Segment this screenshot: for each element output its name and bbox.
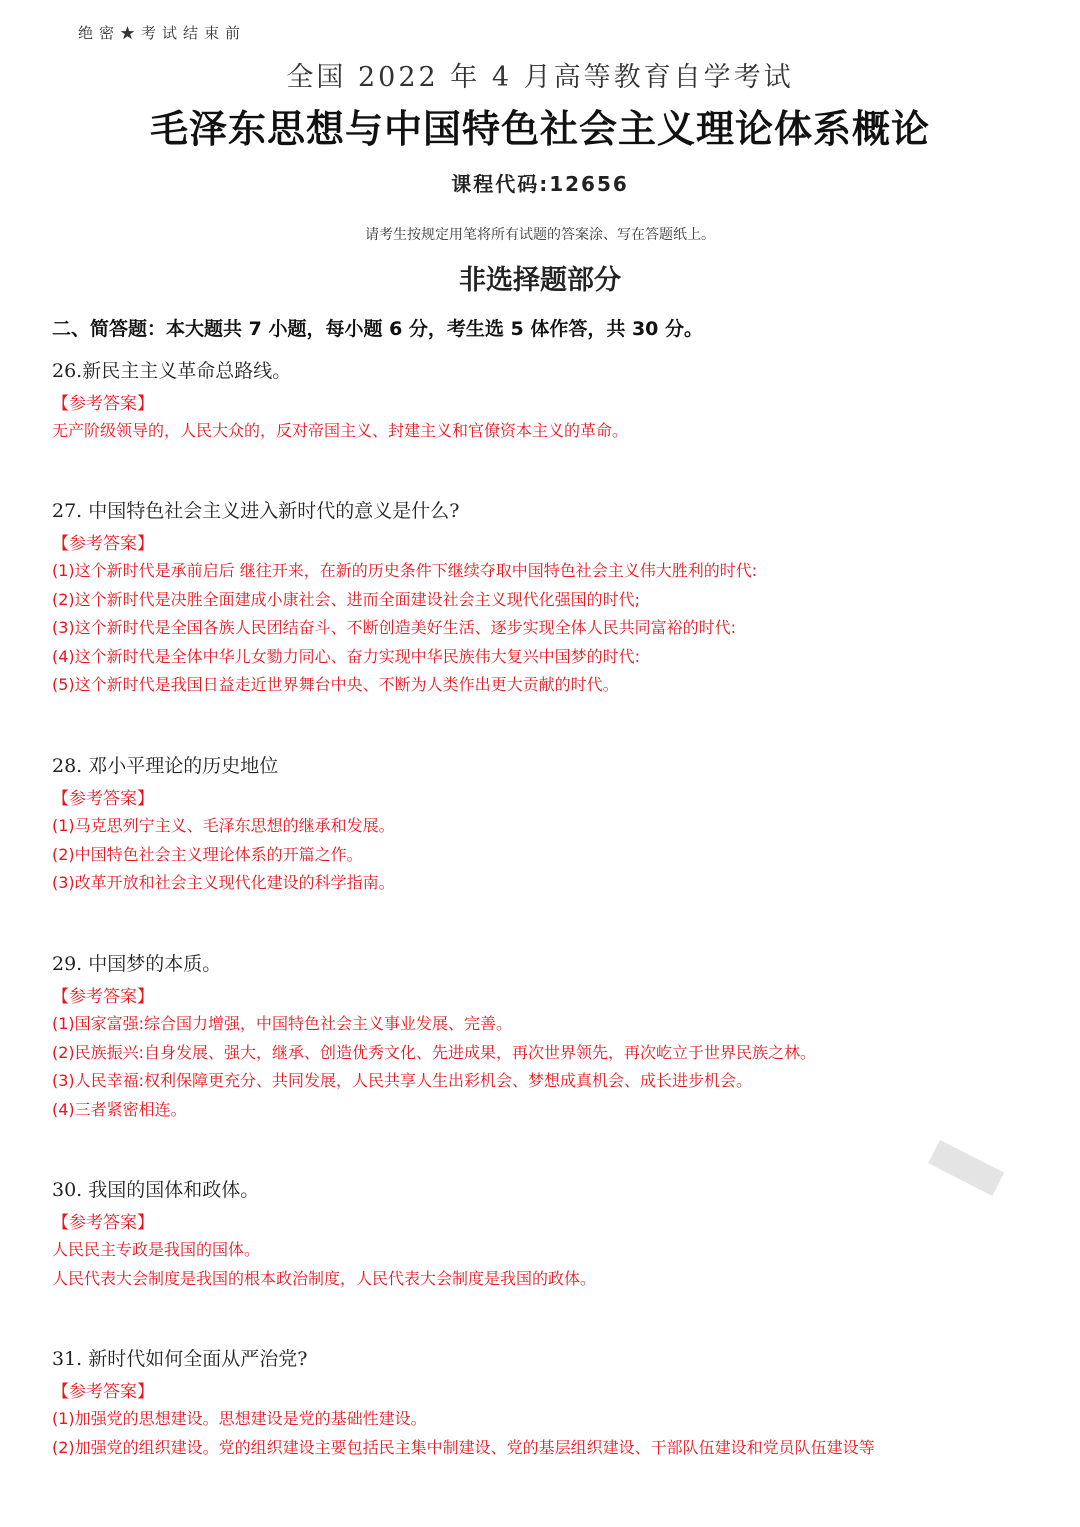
question-title: 29. 中国梦的本质。 — [52, 950, 816, 978]
answer-line: 无产阶级领导的，人民大众的，反对帝国主义、封建主义和官僚资本主义的革命。 — [52, 417, 628, 446]
question-26: 26.新民主主义革命总路线。 【参考答案】 无产阶级领导的，人民大众的，反对帝国… — [52, 357, 628, 446]
answer-line: (1)这个新时代是承前启后 继往开来，在新的历史条件下继续夺取中国特色社会主义伟… — [52, 557, 757, 586]
answer-line: (2)这个新时代是决胜全面建成小康社会、进而全面建设社会主义现代化强国的时代; — [52, 586, 757, 615]
course-code: 课程代码:12656 — [0, 168, 1080, 197]
exam-title: 全国 2022 年 4 月高等教育自学考试 — [0, 55, 1080, 94]
answer-line: (2)加强党的组织建设。党的组织建设主要包括民主集中制建设、党的基层组织建设、干… — [52, 1434, 875, 1463]
question-29: 29. 中国梦的本质。 【参考答案】 (1)国家富强:综合国力增强，中国特色社会… — [52, 950, 816, 1124]
answer-line: (4)这个新时代是全体中华儿女勠力同心、奋力实现中华民族伟大复兴中国梦的时代: — [52, 643, 757, 672]
reference-answer-label: 【参考答案】 — [52, 531, 757, 557]
reference-answer-label: 【参考答案】 — [52, 1210, 596, 1236]
answer-line: (1)马克思列宁主义、毛泽东思想的继承和发展。 — [52, 812, 395, 841]
question-title: 31. 新时代如何全面从严治党? — [52, 1345, 875, 1373]
question-title: 30. 我国的国体和政体。 — [52, 1176, 596, 1204]
question-title: 26.新民主主义革命总路线。 — [52, 357, 628, 385]
question-27: 27. 中国特色社会主义进入新时代的意义是什么? 【参考答案】 (1)这个新时代… — [52, 497, 757, 700]
section-description: 二、简答题：本大题共 7 小题，每小题 6 分，考生选 5 体作答，共 30 分… — [52, 314, 703, 341]
reference-answer-label: 【参考答案】 — [52, 786, 395, 812]
confidential-label: 绝密★考试结束前 — [78, 22, 246, 43]
reference-answer-label: 【参考答案】 — [52, 391, 628, 417]
answer-line: (3)人民幸福:权利保障更充分、共同发展，人民共享人生出彩机会、梦想成真机会、成… — [52, 1067, 816, 1096]
question-title: 28. 邓小平理论的历史地位 — [52, 752, 395, 780]
answer-line: (2)中国特色社会主义理论体系的开篇之作。 — [52, 841, 395, 870]
answer-line: (2)民族振兴:自身发展、强大，继承、创造优秀文化、先进成果，再次世界领先，再次… — [52, 1039, 816, 1068]
question-28: 28. 邓小平理论的历史地位 【参考答案】 (1)马克思列宁主义、毛泽东思想的继… — [52, 752, 395, 898]
reference-answer-label: 【参考答案】 — [52, 984, 816, 1010]
question-title: 27. 中国特色社会主义进入新时代的意义是什么? — [52, 497, 757, 525]
question-31: 31. 新时代如何全面从严治党? 【参考答案】 (1)加强党的思想建设。思想建设… — [52, 1345, 875, 1462]
answer-line: (5)这个新时代是我国日益走近世界舞台中央、不断为人类作出更大贡献的时代。 — [52, 671, 757, 700]
answer-line: 人民民主专政是我国的国体。 — [52, 1236, 596, 1265]
answer-line: (1)加强党的思想建设。思想建设是党的基础性建设。 — [52, 1405, 875, 1434]
reference-answer-label: 【参考答案】 — [52, 1379, 875, 1405]
question-30: 30. 我国的国体和政体。 【参考答案】 人民民主专政是我国的国体。 人民代表大… — [52, 1176, 596, 1293]
answer-line: (3)改革开放和社会主义现代化建设的科学指南。 — [52, 869, 395, 898]
section-title: 非选择题部分 — [0, 258, 1080, 297]
answer-line: 人民代表大会制度是我国的根本政治制度，人民代表大会制度是我国的政体。 — [52, 1265, 596, 1294]
exam-instruction: 请考生按规定用笔将所有试题的答案涂、写在答题纸上。 — [0, 224, 1080, 244]
answer-line: (1)国家富强:综合国力增强，中国特色社会主义事业发展、完善。 — [52, 1010, 816, 1039]
answer-line: (4)三者紧密相连。 — [52, 1096, 816, 1125]
subject-title: 毛泽东思想与中国特色社会主义理论体系概论 — [0, 98, 1080, 153]
answer-line: (3)这个新时代是全国各族人民团结奋斗、不断创造美好生活、逐步实现全体人民共同富… — [52, 614, 757, 643]
gray-watermark-mark — [928, 1140, 1004, 1196]
